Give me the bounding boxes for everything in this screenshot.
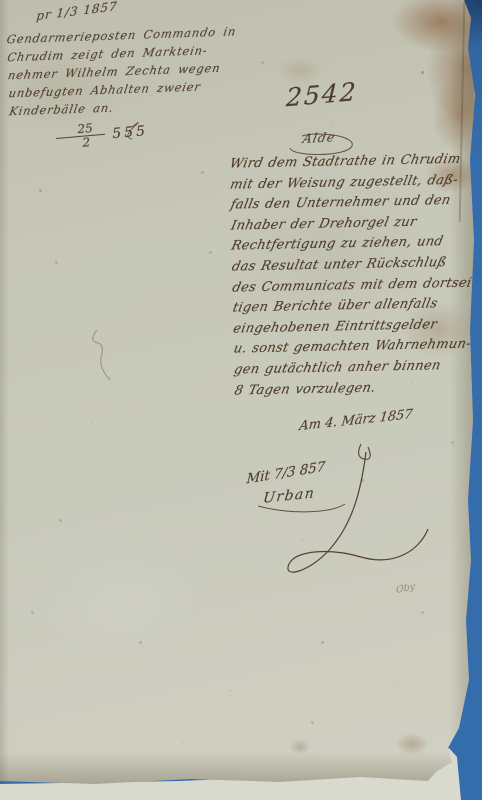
photographed-document: pr 1/3 1857 Gendarmerieposten Commando i…	[0, 0, 482, 800]
ink-flourishes	[0, 0, 482, 800]
pencil-squiggle	[93, 330, 110, 380]
paraph-top-squiggle	[359, 444, 371, 459]
signature-underline	[258, 504, 345, 512]
document-page: pr 1/3 1857 Gendarmerieposten Commando i…	[0, 0, 482, 800]
heading-swash	[290, 134, 352, 154]
fraction-code-flourish	[128, 122, 138, 139]
